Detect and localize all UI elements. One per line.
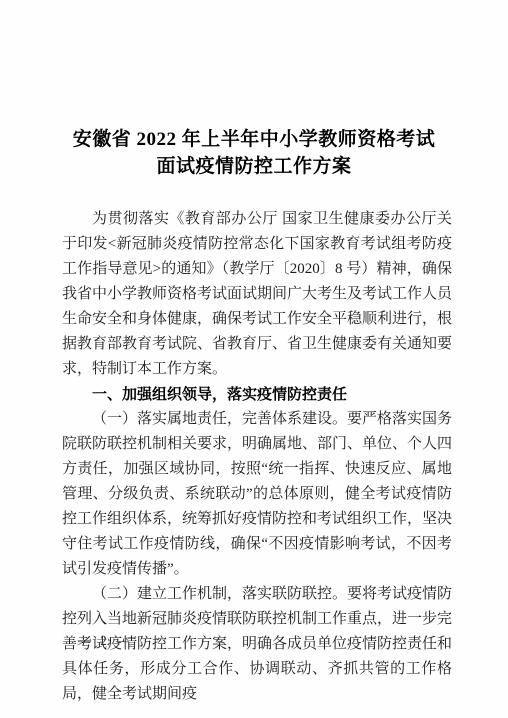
document-title: 安徽省 2022 年上半年中小学教师资格考试 面试疫情防控工作方案 — [0, 126, 508, 180]
section-heading: 一、加强组织领导，落实疫情防控责任 — [62, 382, 452, 407]
document-body: 为贯彻落实《教育部办公厅 国家卫生健康委办公厅关于印发<新冠肺炎疫情防控常态化下… — [62, 207, 452, 707]
body-paragraph: （一）落实属地责任，完善体系建设。要严格落实国务院联防联控机制相关要求，明确属地… — [62, 407, 452, 582]
document-page: 安徽省 2022 年上半年中小学教师资格考试 面试疫情防控工作方案 为贯彻落实《… — [0, 0, 508, 718]
document-title-line2: 面试疫情防控工作方案 — [0, 153, 508, 180]
page-number: — 2 — — [78, 633, 132, 649]
document-title-line1: 安徽省 2022 年上半年中小学教师资格考试 — [0, 126, 508, 153]
body-paragraph: 为贯彻落实《教育部办公厅 国家卫生健康委办公厅关于印发<新冠肺炎疫情防控常态化下… — [62, 207, 452, 382]
